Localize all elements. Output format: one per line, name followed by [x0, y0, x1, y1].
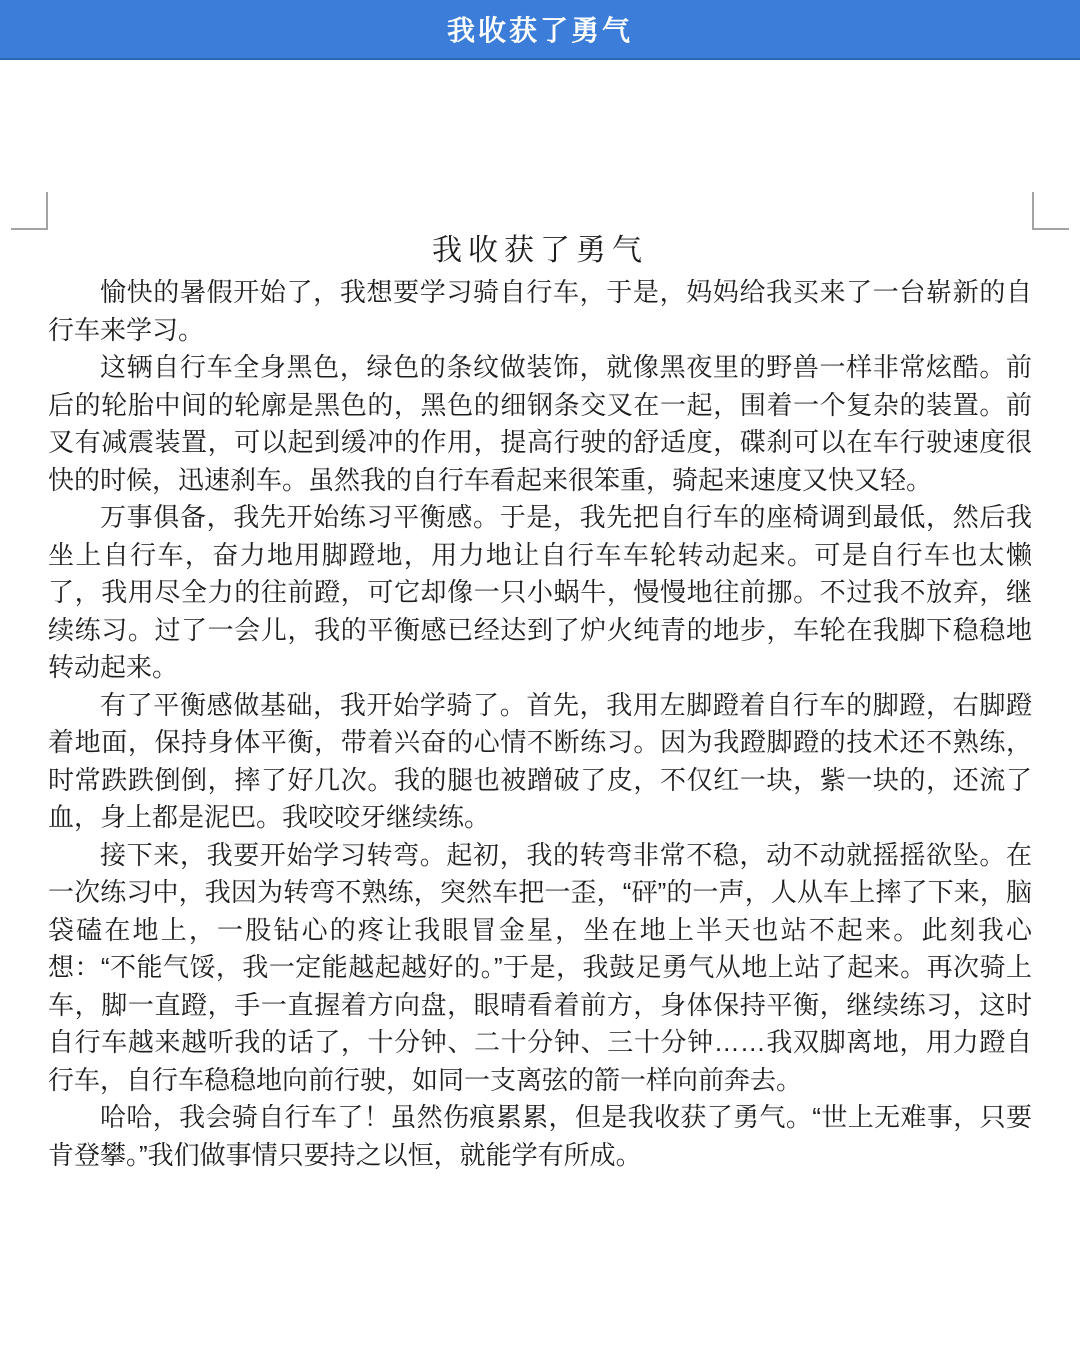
page-corner-mark-right	[1032, 192, 1069, 230]
essay-title: 我收获了勇气	[48, 228, 1032, 274]
app-header: 我收获了勇气	[0, 0, 1080, 60]
essay-paragraph: 愉快的暑假开始了，我想要学习骑自行车，于是，妈妈给我买来了一台崭新的自行车来学习…	[48, 274, 1032, 349]
page-corner-mark-left	[11, 192, 48, 230]
document-page: 我收获了勇气 愉快的暑假开始了，我想要学习骑自行车，于是，妈妈给我买来了一台崭新…	[0, 60, 1080, 1347]
essay-paragraph: 万事俱备，我先开始练习平衡感。于是，我先把自行车的座椅调到最低，然后我坐上自行车…	[48, 499, 1032, 687]
essay-body: 我收获了勇气 愉快的暑假开始了，我想要学习骑自行车，于是，妈妈给我买来了一台崭新…	[0, 60, 1080, 1174]
essay-paragraph: 哈哈，我会骑自行车了！虽然伤痕累累，但是我收获了勇气。“世上无难事，只要肯登攀。…	[48, 1099, 1032, 1174]
app-header-title: 我收获了勇气	[447, 9, 633, 49]
essay-paragraph: 有了平衡感做基础，我开始学骑了。首先，我用左脚蹬着自行车的脚蹬，右脚蹬着地面，保…	[48, 687, 1032, 837]
essay-paragraph: 接下来，我要开始学习转弯。起初，我的转弯非常不稳，动不动就摇摇欲坠。在一次练习中…	[48, 837, 1032, 1100]
essay-paragraph: 这辆自行车全身黑色，绿色的条纹做装饰，就像黑夜里的野兽一样非常炫酷。前后的轮胎中…	[48, 349, 1032, 499]
